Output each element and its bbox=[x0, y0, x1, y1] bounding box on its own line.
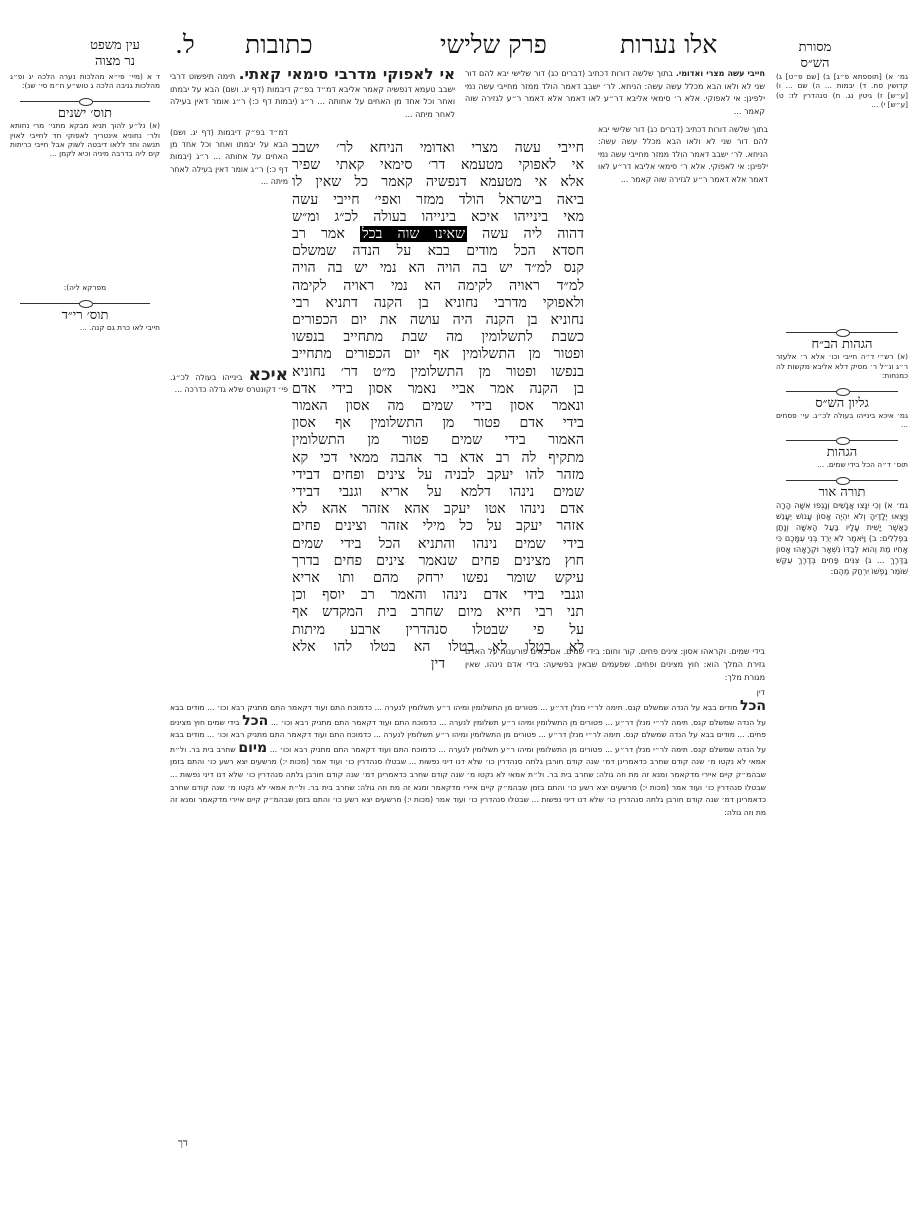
tosafot-opening: אי לאפוקי מדרבי סימאי קאתי. bbox=[239, 68, 455, 83]
ein-mishpat-entry: ד א (מיי׳ פי״א מהלכות נערה הלכה יג ופ״ג … bbox=[10, 72, 160, 91]
bottom-section-word: הכל bbox=[242, 713, 268, 729]
torah-or-text: גמ׳ א) וְכִי יִנָּצוּ אֲנָשִׁים וְנָגְפו… bbox=[776, 500, 908, 577]
hagahot-text: תוס׳ ד״ה הכל בידי שמים. ... bbox=[776, 460, 908, 469]
ornament-divider bbox=[786, 387, 898, 395]
tosafot-section-word: איכא bbox=[249, 365, 288, 385]
gemara-line: תני רבי חייא מיום שחרב בית המקדש אף bbox=[292, 604, 584, 621]
ornament-divider bbox=[20, 299, 150, 307]
masoret-hashas-header: מסורת הש״ס bbox=[775, 40, 855, 72]
folio-number: ל. bbox=[175, 30, 195, 60]
gemara-line: ופטור מן התשלומין אף יום הכפורים מתחייב bbox=[292, 346, 584, 363]
ornament-divider bbox=[20, 97, 150, 105]
hagahot-title: הגהות bbox=[776, 448, 908, 457]
ner-mitzvah-title: נר מצוה bbox=[70, 54, 160, 70]
masoret-hashas-text: גמ׳ א) [תוספתא פ״ג] ב) [שם פ״ט] ג) קדושי… bbox=[776, 72, 908, 322]
rashi-top-lines: חייבי עשה מצרי ואדומי. בתוך שלשה דורות ד… bbox=[465, 68, 765, 124]
tosafot-yeshanim-title: תוס׳ ישנים bbox=[10, 109, 160, 118]
rashi-lower-text: בידי שמים. וקראהו אסון: צינים פחים. קור … bbox=[465, 645, 765, 684]
tosafot-yeshanim-end: מפרקא ליה): bbox=[10, 283, 160, 292]
gemara-line: בידי אדם פטור מן התשלומין אף אסון bbox=[292, 415, 584, 432]
bottom-text: מודים בבא על הנדה שמשלם קנס. תימה לר״י מ… bbox=[207, 703, 737, 712]
gilyon-hashas-text: גמ׳ איכא בינייהו בעולה לכ״ג. עי׳ פסחים .… bbox=[776, 411, 908, 430]
tosafot-top-lines: אי לאפוקי מדרבי סימאי קאתי. תימה תיפשוט … bbox=[170, 68, 455, 124]
rashi-lower-end: דין bbox=[465, 686, 765, 699]
page-signature: דך bbox=[178, 1138, 188, 1149]
ornament-divider bbox=[786, 328, 898, 336]
ornament-divider bbox=[786, 436, 898, 444]
gemara-line: למ״ד ראויה לקימה הא נמי ראויה לקימה bbox=[292, 278, 584, 295]
gemara-line: בנפשו ופטור מן התשלומין מ״ט דר׳ נחוניא bbox=[292, 364, 584, 381]
gemara-line: חסדא הכל מודים בבא על הנדה שמשלם bbox=[292, 243, 584, 260]
gemara-text: אמר רב bbox=[292, 226, 345, 242]
rashi-column: בתוך שלשה דורות דכתיב (דברים כג) דור שלי… bbox=[598, 124, 768, 624]
gemara-line: עיקש שומר נפשו ירחק מהם ותו אריא bbox=[292, 570, 584, 587]
hagahot-habach-text: (א) רש״י ד״ה חייבי וכו׳ אלא ר׳ אלעזר ר״ג… bbox=[776, 352, 908, 380]
gemara-line: אלא אי מטעמא דנפשיה קאמר כל שאין לו bbox=[292, 174, 584, 191]
bottom-commentary: הכל מודים בבא על הנדה שמשלם קנס. תימה לר… bbox=[170, 700, 766, 1110]
gemara-line: חייבי עשה מצרי ואדומי הניחא לר׳ ישבב bbox=[292, 140, 584, 157]
gemara-line: ביאה בישראל הולד ממזר ואפי׳ חייבי עשה bbox=[292, 192, 584, 209]
left-margin-column: ד א (מיי׳ פי״א מהלכות נערה הלכה יג ופ״ג … bbox=[10, 72, 160, 765]
ein-mishpat-title: עין משפט bbox=[70, 38, 160, 54]
gemara-text: דהוה ליה עשה bbox=[482, 226, 584, 242]
tosafot-rid-text: חייבי לאו כרת גם קנה. ... bbox=[10, 323, 160, 763]
gemara-line: אדם נינהו אטו יעקב אהא אזהר אהא לא bbox=[292, 501, 584, 518]
tosafot-rid-title: תוס׳ רי״ד bbox=[10, 311, 160, 320]
bottom-dibbur-hamatchil: הכל bbox=[740, 700, 766, 714]
gemara-column: חייבי עשה מצרי ואדומי הניחא לר׳ ישבב אי … bbox=[292, 140, 584, 673]
gemara-line: נחוניא בן הקנה היה עושה את יום הכפורים bbox=[292, 312, 584, 329]
gemara-line: ולאפוקי מדרבי נחוניא בן הקנה דתניא רבי bbox=[292, 295, 584, 312]
gemara-line: חוץ מצינים פחים שנאמר צינים פחים בדרך bbox=[292, 553, 584, 570]
gemara-line: האמור בידי שמים פטור מן התשלומין bbox=[292, 432, 584, 449]
gemara-line: קנס למ״ד יש בה הויה הא נמי יש בה הויה bbox=[292, 260, 584, 277]
chapter-number: פרק שלישי bbox=[440, 30, 547, 60]
hashas-title: הש״ס bbox=[775, 56, 855, 72]
tosafot-column: אי לאפוקי מדרבי סימאי קאתי. תימה תיפשוט … bbox=[170, 68, 288, 628]
gemara-line: בידי שמים נינהו והתניא הכל בידי שמים bbox=[292, 536, 584, 553]
rashi-dibbur-hamatchil: חייבי עשה מצרי ואדומי. bbox=[676, 69, 765, 78]
bottom-text: מודים בבא על הנדה שמשלם קנס. תימה לר״י מ… bbox=[207, 730, 735, 739]
gemara-line: מזהר להו יעקב לבניה על צינים ופחים דבידי bbox=[292, 467, 584, 484]
ein-mishpat-header: עין משפט נר מצוה bbox=[70, 38, 160, 70]
gemara-line: מתקיף לה רב אדא בר אהבה ממאי דכי קא bbox=[292, 450, 584, 467]
hagahot-habach-title: הגהות הב״ח bbox=[776, 340, 908, 349]
torah-or-title: תורה אור bbox=[776, 488, 908, 497]
masoret-title: מסורת bbox=[775, 40, 855, 56]
ornament-divider bbox=[786, 476, 898, 484]
gemara-line: וגנבי בידי אדם נינהו והאמר רב יוסף וכן bbox=[292, 587, 584, 604]
chapter-name: אלו נערות bbox=[620, 30, 717, 60]
gemara-line-highlighted: דהוה ליה עשה שאינו שוה בכל אמר רב bbox=[292, 226, 584, 243]
tosafot-yeshanim-text: (א) נל״ע להוך תניא מבקא מתני׳ מרי נחותא … bbox=[10, 121, 160, 281]
gemara-line: ונאמר אסון בידי שמים מה אסון האמור bbox=[292, 398, 584, 415]
gemara-line: אי לאפוקי מטעמא דר׳ סימאי קאתי שפיר bbox=[292, 157, 584, 174]
gilyon-hashas-title: גליון הש״ס bbox=[776, 399, 908, 408]
gemara-line: אזהר יעקב על כל מילי אזהר וצינים פחים bbox=[292, 518, 584, 535]
tractate-name: כתובות bbox=[245, 30, 313, 60]
rashi-body: בתוך שלשה דורות דכתיב (דברים כג) דור שלי… bbox=[598, 124, 768, 186]
gemara-line: מאי בינייהו איכא בינייהו בעולה לכ״ג ומ״ש bbox=[292, 209, 584, 226]
highlighted-phrase[interactable]: שאינו שוה בכל bbox=[360, 226, 467, 242]
gemara-line: כשבת לתשלומין מה שבת מתחייב בנפשו bbox=[292, 329, 584, 346]
right-margin-column: גמ׳ א) [תוספתא פ״ג] ב) [שם פ״ט] ג) קדושי… bbox=[776, 72, 908, 579]
bottom-section-word: מיום bbox=[238, 740, 267, 756]
gemara-line: על פי שבטלו סנהדרין ארבע מיתות bbox=[292, 622, 584, 639]
rashi-lower-gloss: בידי שמים. וקראהו אסון: צינים פחים. קור … bbox=[465, 645, 765, 701]
gemara-line: שמים נינהו דלמא על אריא וגנבי דבידי bbox=[292, 484, 584, 501]
gemara-line: בן הקנה אמר אביי נאמר אסון בידי אדם bbox=[292, 381, 584, 398]
